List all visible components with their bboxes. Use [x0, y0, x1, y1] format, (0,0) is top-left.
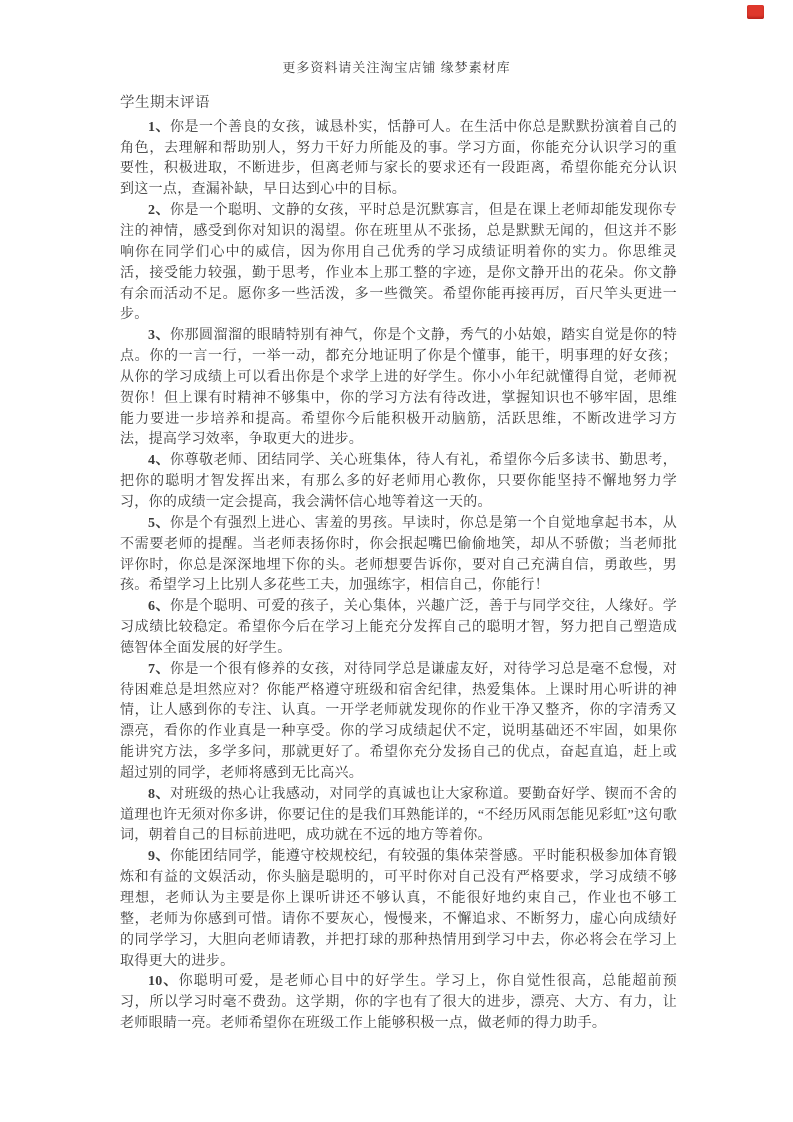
comment-paragraph-9: 9、你能团结同学，能遵守校规校纪，有较强的集体荣誉感。平时能积极参加体育锻炼和有… — [120, 847, 677, 972]
paragraph-text: 你是个有强烈上进心、害羞的男孩。早读时，你总是第一个自觉地拿起书本，从不需要老师… — [120, 516, 677, 594]
paragraph-text: 你是一个很有修养的女孩，对待同学总是谦虚友好，对待学习总是毫不怠慢，对待困难总是… — [120, 662, 677, 781]
comment-paragraph-5: 5、你是个有强烈上进心、害羞的男孩。早读时，你总是第一个自觉地拿起书本，从不需要… — [120, 514, 677, 597]
document-title: 学生期末评语 — [120, 93, 677, 114]
header-store-note: 更多资料请关注淘宝店铺 缘梦素材库 — [0, 57, 793, 76]
paragraph-number: 8、 — [148, 787, 170, 802]
paragraph-number: 3、 — [148, 328, 170, 343]
document-page: 更多资料请关注淘宝店铺 缘梦素材库 学生期末评语 1、你是一个善良的女孩，诚恳朴… — [0, 0, 793, 1122]
paragraph-number: 2、 — [148, 203, 170, 218]
paragraph-number: 4、 — [148, 453, 170, 468]
paragraph-text: 你是一个善良的女孩，诚恳朴实，恬静可人。在生活中你总是默默扮演着自己的角色，去理… — [120, 120, 677, 198]
paragraph-text: 对班级的热心让我感动，对同学的真诚也让大家称道。要勤奋好学、锲而不舍的道理也许无… — [120, 787, 677, 844]
comment-paragraph-3: 3、你那圆溜溜的眼睛特别有神气，你是个文静，秀气的小姑娘，踏实自觉是你的特点。你… — [120, 326, 677, 451]
red-corner-badge-icon — [747, 5, 764, 19]
paragraph-number: 9、 — [148, 849, 170, 864]
comment-paragraph-2: 2、你是一个聪明、文静的女孩，平时总是沉默寡言，但是在课上老师却能发现你专注的神… — [120, 201, 677, 326]
paragraph-number: 5、 — [148, 516, 170, 531]
comment-paragraph-4: 4、你尊敬老师、团结同学、关心班集体，待人有礼，希望你今后多读书、勤思考，把你的… — [120, 451, 677, 514]
document-body: 学生期末评语 1、你是一个善良的女孩，诚恳朴实，恬静可人。在生活中你总是默默扮演… — [120, 93, 677, 1035]
paragraph-number: 7、 — [148, 662, 170, 677]
comment-paragraph-6: 6、你是个聪明、可爱的孩子，关心集体，兴趣广泛，善于与同学交往，人缘好。学习成绩… — [120, 597, 677, 660]
paragraph-number: 10、 — [148, 974, 179, 989]
comment-paragraph-7: 7、你是一个很有修养的女孩，对待同学总是谦虚友好，对待学习总是毫不怠慢，对待困难… — [120, 660, 677, 785]
paragraph-number: 6、 — [148, 599, 170, 614]
paragraph-text: 你尊敬老师、团结同学、关心班集体，待人有礼，希望你今后多读书、勤思考，把你的聪明… — [120, 453, 677, 510]
paragraph-text: 你聪明可爱，是老师心目中的好学生。学习上，你自觉性很高，总能超前预习，所以学习时… — [120, 974, 677, 1031]
paragraph-number: 1、 — [148, 120, 170, 135]
comment-paragraph-1: 1、你是一个善良的女孩，诚恳朴实，恬静可人。在生活中你总是默默扮演着自己的角色，… — [120, 118, 677, 201]
paragraph-text: 你是个聪明、可爱的孩子，关心集体，兴趣广泛，善于与同学交往，人缘好。学习成绩比较… — [120, 599, 677, 656]
paragraph-text: 你是一个聪明、文静的女孩，平时总是沉默寡言，但是在课上老师却能发现你专注的神情，… — [120, 203, 677, 322]
paragraph-text: 你能团结同学，能遵守校规校纪，有较强的集体荣誉感。平时能积极参加体育锻炼和有益的… — [120, 849, 677, 968]
paragraph-text: 你那圆溜溜的眼睛特别有神气，你是个文静，秀气的小姑娘，踏实自觉是你的特点。你的一… — [120, 328, 677, 447]
comment-paragraph-10: 10、你聪明可爱，是老师心目中的好学生。学习上，你自觉性很高，总能超前预习，所以… — [120, 972, 677, 1035]
comment-paragraph-8: 8、对班级的热心让我感动，对同学的真诚也让大家称道。要勤奋好学、锲而不舍的道理也… — [120, 785, 677, 848]
